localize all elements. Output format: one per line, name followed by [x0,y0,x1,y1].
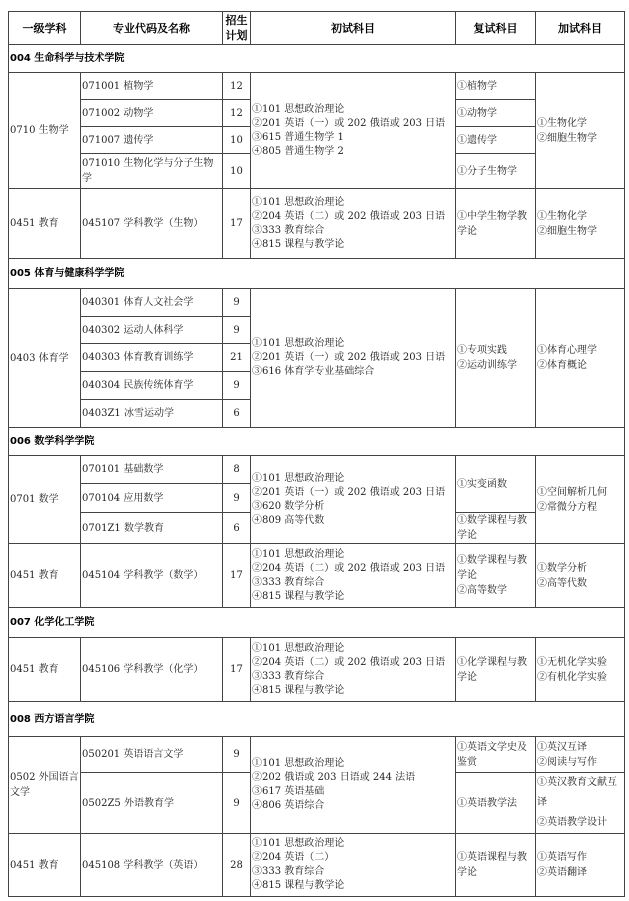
plan-cell: 9 [223,484,251,513]
major-cell: 045104 学科教学（数学） [81,544,223,608]
prelim-cell: ①101 思想政治理论 ②201 英语（一）或 202 俄语或 203 日语 ③… [251,289,456,428]
major-cell: 040301 体育人文社会学 [81,289,223,317]
plan-cell: 10 [223,127,251,154]
extra-cell: ①英汉互译 ②阅读与写作 [536,737,625,773]
prelim-cell: ①101 思想政治理论 ②201 英语（一）或 202 俄语或 203 日语 ③… [251,73,456,189]
section-row: 004 生命科学与技术学院 [9,45,625,73]
prelim-cell: ①101 思想政治理论 ②204 英语（二）或 202 俄语或 203 日语 ③… [251,189,456,259]
header-discipline: 一级学科 [9,12,81,45]
plan-cell: 21 [223,344,251,372]
retest-cell: ①中学生物学教学论 [456,189,536,259]
retest-cell: ①专项实践 ②运动训练学 [456,289,536,428]
plan-cell: 28 [223,834,251,897]
major-cell: 045108 学科教学（英语） [81,834,223,897]
section-title: 005 体育与健康科学学院 [9,259,625,289]
major-cell: 045107 学科教学（生物） [81,189,223,259]
major-cell: 070104 应用数学 [81,484,223,513]
plan-cell: 6 [223,513,251,544]
plan-cell: 9 [223,372,251,400]
major-cell: 040302 运动人体科学 [81,317,223,344]
major-cell: 040304 民族传统体育学 [81,372,223,400]
table-row: 0502 外国语言文学 050201 英语语言文学 9 ①101 思想政治理论 … [9,737,625,773]
section-row: 005 体育与健康科学学院 [9,259,625,289]
retest-cell: ①分子生物学 [456,154,536,189]
retest-cell: ①英语课程与教学论 [456,834,536,897]
prelim-cell: ①101 思想政治理论 ②204 英语（二）或 202 俄语或 203 日语 ③… [251,638,456,702]
discipline-cell: 0451 教育 [9,544,81,608]
plan-cell: 17 [223,638,251,702]
major-cell: 0403Z1 冰雪运动学 [81,400,223,428]
extra-cell: ①体育心理学 ②体育概论 [536,289,625,428]
admissions-plan-table: 一级学科 专业代码及名称 招生 计划 初试科目 复试科目 加试科目 004 生命… [8,11,625,897]
extra-cell: ①英语写作 ②英语翻译 [536,834,625,897]
prelim-cell: ①101 思想政治理论 ②204 英语（二）或 202 俄语或 203 日语 ③… [251,544,456,608]
plan-cell: 9 [223,773,251,834]
table-row: 0710 生物学 071001 植物学 12 ①101 思想政治理论 ②201 … [9,73,625,100]
table-row: 0451 教育 045106 学科教学（化学） 17 ①101 思想政治理论 ②… [9,638,625,702]
table-row: 0451 教育 045108 学科教学（英语） 28 ①101 思想政治理论 ②… [9,834,625,897]
major-cell: 0701Z1 数学教育 [81,513,223,544]
extra-cell: ①空间解析几何 ②常微分方程 [536,456,625,544]
plan-cell: 17 [223,189,251,259]
retest-cell: ①实变函数 [456,456,536,513]
table-row: 0701 数学 070101 基础数学 8 ①101 思想政治理论 ②201 英… [9,456,625,484]
discipline-cell: 0403 体育学 [9,289,81,428]
retest-cell: ①英语教学法 [456,773,536,834]
major-cell: 050201 英语语言文学 [81,737,223,773]
discipline-cell: 0451 教育 [9,834,81,897]
retest-cell: ①植物学 [456,73,536,100]
retest-cell: ①数学课程与教学论 [456,513,536,544]
major-cell: 045106 学科教学（化学） [81,638,223,702]
section-row: 007 化学化工学院 [9,608,625,638]
section-title: 004 生命科学与技术学院 [9,45,625,73]
retest-cell: ①数学课程与教学论 ②高等数学 [456,544,536,608]
section-row: 008 西方语言学院 [9,702,625,737]
major-cell: 040303 体育教育训练学 [81,344,223,372]
plan-cell: 6 [223,400,251,428]
prelim-cell: ①101 思想政治理论 ②204 英语（二） ③333 教育综合 ④815 课程… [251,834,456,897]
section-row: 006 数学科学学院 [9,428,625,456]
header-prelim: 初试科目 [251,12,456,45]
retest-cell: ①英语文学史及鉴赏 [456,737,536,773]
plan-cell: 10 [223,154,251,189]
plan-cell: 12 [223,73,251,100]
header-plan: 招生 计划 [223,12,251,45]
plan-cell: 17 [223,544,251,608]
major-cell: 071002 动物学 [81,100,223,127]
plan-cell: 9 [223,737,251,773]
header-extra: 加试科目 [536,12,625,45]
extra-cell: ①数学分析 ②高等代数 [536,544,625,608]
prelim-cell: ①101 思想政治理论 ②202 俄语或 203 日语或 244 法语 ③617… [251,737,456,834]
section-title: 007 化学化工学院 [9,608,625,638]
discipline-cell: 0701 数学 [9,456,81,544]
header-retest: 复试科目 [456,12,536,45]
retest-cell: ①动物学 [456,100,536,127]
discipline-cell: 0502 外国语言文学 [9,737,81,834]
major-cell: 071001 植物学 [81,73,223,100]
table-row: 0451 教育 045107 学科教学（生物） 17 ①101 思想政治理论 ②… [9,189,625,259]
major-cell: 071007 遗传学 [81,127,223,154]
extra-cell: ①生物化学 ②细胞生物学 [536,73,625,189]
retest-cell: ①化学课程与教学论 [456,638,536,702]
discipline-cell: 0451 教育 [9,638,81,702]
table-header-row: 一级学科 专业代码及名称 招生 计划 初试科目 复试科目 加试科目 [9,12,625,45]
extra-cell: ①生物化学 ②细胞生物学 [536,189,625,259]
plan-cell: 12 [223,100,251,127]
plan-cell: 9 [223,289,251,317]
header-major: 专业代码及名称 [81,12,223,45]
discipline-cell: 0451 教育 [9,189,81,259]
plan-cell: 9 [223,317,251,344]
retest-cell: ①遗传学 [456,127,536,154]
extra-cell: ①无机化学实验 ②有机化学实验 [536,638,625,702]
plan-cell: 8 [223,456,251,484]
prelim-cell: ①101 思想政治理论 ②201 英语（一）或 202 俄语或 203 日语 ③… [251,456,456,544]
major-cell: 071010 生物化学与分子生物学 [81,154,223,189]
extra-cell: ①英汉教育文献互译 ②英语教学设计 [536,773,625,834]
major-cell: 0502Z5 外语教育学 [81,773,223,834]
table-row: 0403 体育学 040301 体育人文社会学 9 ①101 思想政治理论 ②2… [9,289,625,317]
major-cell: 070101 基础数学 [81,456,223,484]
table-row: 0451 教育 045104 学科教学（数学） 17 ①101 思想政治理论 ②… [9,544,625,608]
discipline-cell: 0710 生物学 [9,73,81,189]
section-title: 006 数学科学学院 [9,428,625,456]
section-title: 008 西方语言学院 [9,702,625,737]
